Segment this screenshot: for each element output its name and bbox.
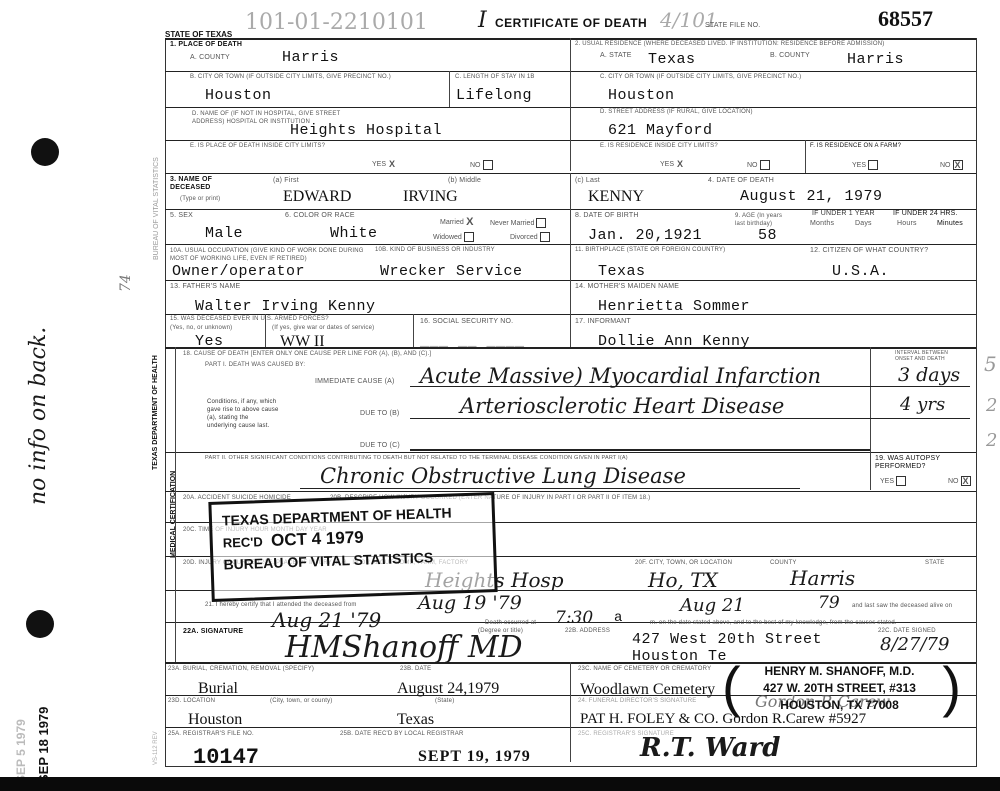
scan-bottom-edge [0, 777, 1000, 791]
dob-value: Jan. 20,1921 [588, 227, 702, 244]
marital-never-married[interactable]: Never Married [490, 218, 546, 228]
header-handwritten-ref: 101-01-2210101 [245, 10, 428, 35]
interval-label: INTERVAL BETWEEN ONSET AND DEATH [895, 350, 955, 362]
vertical-dept-label: TEXAS DEPARTMENT OF HEALTH [152, 355, 159, 470]
margin-stamp-faint: SEP 5 1979 [14, 719, 28, 783]
year-suffix-value: 79 [818, 593, 840, 613]
length-of-stay-label: c. LENGTH OF STAY in 1b [455, 74, 535, 80]
physician-signature: HMShanoff MD [285, 630, 523, 665]
due-to-c-label: DUE TO (c) [360, 442, 400, 449]
res-street-value: 621 Mayford [608, 122, 713, 139]
date-of-death-value: August 21, 1979 [740, 188, 883, 205]
injury-location-label: 20f. CITY, TOWN, OR LOCATION [635, 560, 732, 566]
part1-label: PART I. DEATH WAS CAUSED BY: [205, 362, 305, 368]
location-city-hint: (City, town, or county) [270, 698, 333, 704]
deceased-name-label: 3. NAME OF DECEASED [170, 176, 230, 192]
physician-stamp-line3: HOUSTON, TX 77008 [732, 697, 947, 714]
pod-county-label: a. COUNTY [190, 54, 230, 61]
margin-mark: 74 [118, 274, 134, 292]
injury-location-hand: Ho, TX [648, 568, 718, 592]
res-inside-city-label: e. IS RESIDENCE INSIDE CITY LIMITS? [600, 143, 718, 149]
first-name-value: EDWARD [283, 188, 351, 206]
autopsy-no[interactable]: NOX [948, 476, 971, 486]
right-edge-mark-2: 2 [986, 395, 997, 416]
received-stamp: TEXAS DEPARTMENT OF HEALTH REC'D OCT 4 1… [208, 492, 497, 602]
age-value: 58 [758, 227, 777, 244]
under24-label: IF UNDER 24 HRS. [893, 210, 958, 217]
margin-handwritten-note: no info on back. [26, 327, 51, 505]
disposition-label: 23a. BURIAL, CREMATION, REMOVAL (Specify… [168, 666, 314, 672]
hospital-value: Heights Hospital [290, 122, 442, 139]
pod-inside-city-yes[interactable]: YESX [372, 160, 396, 168]
father-label: 13. FATHER'S NAME [170, 283, 240, 290]
registrar-signature: R.T. Ward [640, 733, 780, 763]
marital-divorced[interactable]: Divorced [510, 232, 550, 242]
sex-label: 5. SEX [170, 212, 193, 219]
last-saw-label: and last saw the deceased alive on [852, 603, 952, 609]
under1-label: IF UNDER 1 YEAR [812, 210, 875, 217]
armed-forces-label: 15. WAS DECEASED EVER IN U.S. ARMED FORC… [170, 316, 329, 322]
pod-city-value: Houston [205, 87, 272, 104]
ssn-value: ___ __ ____ [420, 333, 525, 350]
punch-hole-bottom [26, 610, 54, 638]
residence-label: 2. USUAL RESIDENCE (Where deceased lived… [575, 41, 885, 47]
physician-stamp-paren-left: ( [722, 657, 741, 717]
immediate-interval-value: 3 days [898, 364, 960, 386]
due-to-b-value: Arteriosclerotic Heart Disease [460, 394, 784, 418]
cemetery-label: 23c. NAME OF CEMETERY OR CREMATORY [578, 666, 711, 672]
birthplace-label: 11. BIRTHPLACE (State or foreign country… [575, 247, 725, 253]
last-name-value: KENNY [588, 188, 644, 206]
funeral-sig-label: 24. FUNERAL DIRECTOR'S SIGNATURE [578, 698, 696, 704]
dob-label: 8. DATE OF BIRTH [575, 212, 639, 219]
deceased-name-hint: (Type or print) [180, 196, 220, 202]
pod-city-label: b. CITY OR TOWN (If outside city limits,… [190, 74, 391, 80]
attended-to-value: Aug 21 [680, 595, 745, 616]
date-recd-value: SEPT 19, 1979 [418, 748, 531, 766]
right-edge-mark-1: 5 [984, 352, 997, 376]
res-city-label: c. CITY OR TOWN (If outside city limits,… [600, 74, 801, 80]
date-recd-label: 25b. DATE REC'D BY LOCAL REGISTRAR [340, 731, 464, 737]
ampm-value: a [614, 610, 623, 626]
race-label: 6. COLOR OR RACE [285, 212, 355, 219]
due-to-b-interval-value: 4 yrs [900, 394, 945, 415]
first-name-label: (a) First [273, 177, 299, 184]
received-stamp-recd: REC'D [223, 534, 263, 550]
date-signed-value: 8/27/79 [880, 634, 949, 655]
received-stamp-line3: BUREAU OF VITAL STATISTICS [223, 547, 483, 572]
vertical-form-code: VS-112 REV [153, 731, 159, 765]
death-occurred-label: Death occurred at [485, 620, 536, 626]
mother-value: Henrietta Sommer [598, 298, 750, 315]
pod-inside-city-label: e. IS PLACE OF DEATH INSIDE CITY LIMITS? [190, 143, 325, 149]
cause-label: 18. CAUSE OF DEATH [Enter only one cause… [183, 351, 431, 357]
res-county-label: b. COUNTY [770, 52, 810, 59]
registrar-file-label: 25a. REGISTRAR'S FILE NO. [168, 731, 254, 737]
occupation-label: 10a. USUAL OCCUPATION (Give kind of work… [170, 247, 370, 263]
res-farm-no[interactable]: NOX [940, 160, 963, 170]
disposition-value: Burial [198, 680, 238, 698]
mother-label: 14. MOTHER'S MAIDEN NAME [575, 283, 679, 290]
burial-date-label: 23b. DATE [400, 666, 431, 672]
state-file-number: 68557 [878, 6, 933, 32]
length-of-stay-value: Lifelong [456, 87, 532, 104]
age-label: 9. AGE (In years last birthday) [735, 212, 787, 228]
pod-county-value: Harris [282, 49, 339, 66]
title-prefix: I [478, 8, 487, 33]
res-state-label: a. STATE [600, 52, 632, 59]
punch-hole-top [31, 138, 59, 166]
attended-from-value: Aug 19 '79 [418, 592, 522, 614]
marital-married[interactable]: MarriedX [440, 218, 474, 226]
sex-value: Male [205, 225, 243, 242]
informant-value: Dollie Ann Kenny [598, 333, 750, 350]
res-state-value: Texas [648, 51, 696, 68]
physician-stamp-line2: 427 W. 20TH STREET, #313 [732, 680, 947, 697]
right-edge-mark-3: 2 [986, 430, 997, 451]
location-state-hint: (State) [435, 698, 454, 704]
address-line1: 427 West 20th Street [632, 631, 822, 648]
death-time-value: 7:30 [555, 608, 593, 628]
burial-location-state: Texas [397, 711, 434, 729]
citizen-value: U.S.A. [832, 263, 889, 280]
war-value: WW II [280, 333, 325, 351]
vertical-bureau-label: BUREAU OF VITAL STATISTICS [153, 157, 160, 260]
part2-value: Chronic Obstructive Lung Disease [320, 464, 686, 488]
armed-forces-hint: (Yes, no, or unknown) [170, 325, 232, 331]
immediate-cause-label: IMMEDIATE CAUSE (a) [315, 378, 395, 385]
autopsy-label: 19. WAS AUTOPSY PERFORMED? [875, 455, 965, 471]
months-label: Months [810, 220, 834, 227]
res-inside-city-no[interactable]: NO [747, 160, 770, 170]
immediate-cause-value: Acute Massive) Myocardial Infarction [420, 364, 821, 388]
address-label: 22b. ADDRESS [565, 628, 610, 634]
hours-label: Hours [897, 220, 917, 227]
occupation-value: Owner/operator [172, 263, 305, 280]
res-farm-label: f. IS RESIDENCE ON A FARM? [810, 143, 901, 149]
received-stamp-date: OCT 4 1979 [271, 528, 364, 550]
burial-location-city: Houston [188, 711, 242, 729]
margin-date-stamp: SEP 18 1979 [36, 707, 51, 783]
address-line2: Houston Te [632, 648, 727, 665]
armed-forces-war-hint: (If yes, give war or dates of service) [272, 325, 374, 331]
res-city-value: Houston [608, 87, 675, 104]
minutes-label: Minutes [937, 220, 963, 227]
injury-county-hand: Harris [790, 566, 855, 590]
business-label: 10b. KIND OF BUSINESS OR INDUSTRY [375, 247, 495, 253]
marital-widowed[interactable]: Widowed [433, 232, 474, 242]
citizen-label: 12. CITIZEN OF WHAT COUNTRY? [810, 247, 928, 254]
registrar-file-value: 10147 [193, 745, 259, 770]
pod-inside-city-no[interactable]: NO [470, 160, 493, 170]
state-file-label: STATE FILE NO. [705, 22, 760, 29]
place-of-death-label: 1. PLACE OF DEATH [170, 41, 242, 48]
autopsy-yes[interactable]: YES [880, 476, 906, 486]
middle-name-label: (b) Middle [448, 177, 481, 184]
injury-state-label: STATE [925, 560, 944, 566]
signature-label: 22a. SIGNATURE [183, 628, 243, 635]
business-value: Wrecker Service [380, 263, 523, 280]
part2-label: PART II. OTHER SIGNIFICANT CONDITIONS CO… [205, 455, 628, 461]
death-statement: m. on the date stated above, and to the … [650, 620, 897, 626]
armed-forces-value: Yes [195, 333, 224, 350]
days-label: Days [855, 220, 872, 227]
res-farm-yes[interactable]: YES [852, 160, 878, 170]
birthplace-value: Texas [598, 263, 646, 280]
res-inside-city-yes[interactable]: YESX [660, 160, 684, 168]
race-value: White [330, 225, 378, 242]
father-value: Walter Irving Kenny [195, 298, 376, 315]
certificate-title: CERTIFICATE OF DEATH [495, 16, 647, 30]
date-of-death-label: 4. DATE OF DEATH [708, 177, 774, 184]
physician-stamp-paren-right: ) [942, 657, 961, 717]
burial-location-label: 23d. LOCATION [168, 698, 215, 704]
informant-label: 17. INFORMANT [575, 318, 631, 325]
last-name-label: (c) Last [575, 177, 600, 184]
last-saw-value: Aug 21 '79 [272, 608, 381, 632]
cemetery-value: Woodlawn Cemetery [580, 681, 715, 699]
physician-stamp: ( HENRY M. SHANOFF, M.D. 427 W. 20TH STR… [732, 663, 947, 714]
conditions-note: Conditions, if any, which gave rise to a… [207, 398, 279, 430]
res-county-value: Harris [847, 51, 904, 68]
ssn-label: 16. SOCIAL SECURITY NO. [420, 318, 513, 325]
middle-name-value: IRVING [403, 188, 458, 206]
res-street-label: d. STREET ADDRESS (If rural, give locati… [600, 109, 753, 115]
due-to-b-label: DUE TO (b) [360, 410, 399, 417]
burial-date-value: August 24,1979 [397, 680, 499, 698]
physician-stamp-line1: HENRY M. SHANOFF, M.D. [732, 663, 947, 680]
